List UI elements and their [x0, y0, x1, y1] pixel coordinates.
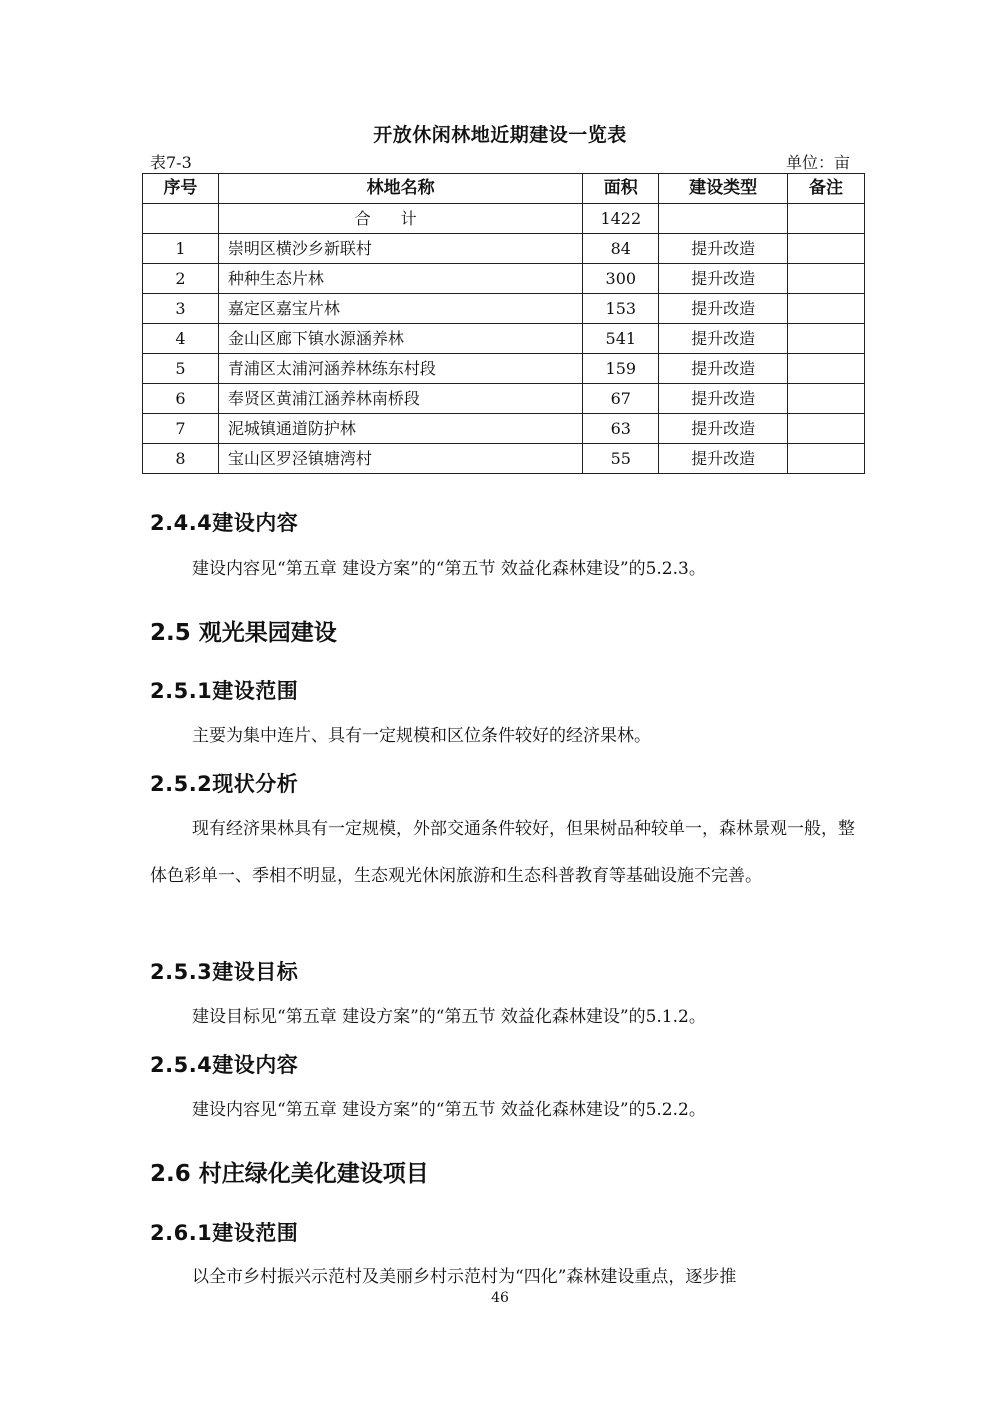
row-name: 宝山区罗泾镇塘湾村 — [218, 444, 582, 474]
total-label: 合计 — [218, 204, 582, 234]
row-type: 提升改造 — [659, 384, 788, 414]
document-page: 开放休闲林地近期建设一览表 表7-3 单位：亩 序号 林地名称 面积 建设类型 … — [0, 0, 1000, 1414]
table-unit-label: 单位：亩 — [786, 150, 850, 173]
row-note — [788, 444, 865, 474]
total-no — [143, 204, 219, 234]
row-area: 153 — [583, 294, 659, 324]
paragraph-2-5-4: 建设内容见“第五章 建设方案”的“第五节 效益化森林建设”的5.2.2。 — [150, 1087, 855, 1134]
paragraph-2-5-2: 现有经济果林具有一定规模，外部交通条件较好，但果树品种较单一，森林景观一般，整体… — [150, 806, 855, 900]
heading-2-5-3: 2.5.3建设目标 — [150, 956, 298, 986]
row-note — [788, 414, 865, 444]
row-type: 提升改造 — [659, 354, 788, 384]
table-row: 5 青浦区太浦河涵养林练东村段 159 提升改造 — [143, 354, 865, 384]
row-note — [788, 384, 865, 414]
table-header-row: 序号 林地名称 面积 建设类型 备注 — [143, 174, 865, 204]
row-name: 泥城镇通道防护林 — [218, 414, 582, 444]
heading-2-5-1: 2.5.1建设范围 — [150, 675, 298, 705]
header-name: 林地名称 — [218, 174, 582, 204]
row-type: 提升改造 — [659, 414, 788, 444]
row-type: 提升改造 — [659, 444, 788, 474]
row-name: 种种生态片林 — [218, 264, 582, 294]
table-row: 4 金山区廊下镇水源涵养林 541 提升改造 — [143, 324, 865, 354]
row-name: 青浦区太浦河涵养林练东村段 — [218, 354, 582, 384]
table-id-label: 表7-3 — [150, 150, 192, 173]
heading-2-6-1: 2.6.1建设范围 — [150, 1217, 298, 1247]
header-no: 序号 — [143, 174, 219, 204]
row-note — [788, 294, 865, 324]
row-note — [788, 234, 865, 264]
table-row: 6 奉贤区黄浦江涵养林南桥段 67 提升改造 — [143, 384, 865, 414]
row-area: 55 — [583, 444, 659, 474]
heading-2-5-4: 2.5.4建设内容 — [150, 1049, 298, 1079]
row-area: 84 — [583, 234, 659, 264]
table-row: 2 种种生态片林 300 提升改造 — [143, 264, 865, 294]
heading-2-4-4: 2.4.4建设内容 — [150, 507, 298, 537]
row-area: 541 — [583, 324, 659, 354]
row-type: 提升改造 — [659, 324, 788, 354]
row-no: 6 — [143, 384, 219, 414]
table-row: 3 嘉定区嘉宝片林 153 提升改造 — [143, 294, 865, 324]
forest-construction-table: 序号 林地名称 面积 建设类型 备注 合计 1422 1 崇明区横沙乡新联村 8… — [142, 173, 865, 474]
heading-2-5-2: 2.5.2现状分析 — [150, 768, 298, 798]
heading-2-5: 2.5 观光果园建设 — [150, 614, 337, 647]
total-type — [659, 204, 788, 234]
page-number: 46 — [0, 1290, 1000, 1306]
header-type: 建设类型 — [659, 174, 788, 204]
row-type: 提升改造 — [659, 234, 788, 264]
table-row: 8 宝山区罗泾镇塘湾村 55 提升改造 — [143, 444, 865, 474]
total-area: 1422 — [583, 204, 659, 234]
row-note — [788, 354, 865, 384]
row-name: 金山区廊下镇水源涵养林 — [218, 324, 582, 354]
row-area: 159 — [583, 354, 659, 384]
total-note — [788, 204, 865, 234]
row-type: 提升改造 — [659, 264, 788, 294]
table-title: 开放休闲林地近期建设一览表 — [0, 120, 1000, 147]
heading-2-6: 2.6 村庄绿化美化建设项目 — [150, 1155, 429, 1188]
paragraph-2-5-3: 建设目标见“第五章 建设方案”的“第五节 效益化森林建设”的5.1.2。 — [150, 994, 855, 1041]
paragraph-2-5-1: 主要为集中连片、具有一定规模和区位条件较好的经济果林。 — [150, 713, 855, 760]
row-no: 7 — [143, 414, 219, 444]
row-type: 提升改造 — [659, 294, 788, 324]
paragraph-2-4-4: 建设内容见“第五章 建设方案”的“第五节 效益化森林建设”的5.2.3。 — [150, 546, 855, 593]
header-note: 备注 — [788, 174, 865, 204]
row-no: 8 — [143, 444, 219, 474]
row-name: 奉贤区黄浦江涵养林南桥段 — [218, 384, 582, 414]
row-name: 崇明区横沙乡新联村 — [218, 234, 582, 264]
header-area: 面积 — [583, 174, 659, 204]
row-area: 63 — [583, 414, 659, 444]
table-row: 1 崇明区横沙乡新联村 84 提升改造 — [143, 234, 865, 264]
row-note — [788, 264, 865, 294]
row-note — [788, 324, 865, 354]
row-name: 嘉定区嘉宝片林 — [218, 294, 582, 324]
table-total-row: 合计 1422 — [143, 204, 865, 234]
table-row: 7 泥城镇通道防护林 63 提升改造 — [143, 414, 865, 444]
row-no: 3 — [143, 294, 219, 324]
row-no: 5 — [143, 354, 219, 384]
row-no: 2 — [143, 264, 219, 294]
row-area: 67 — [583, 384, 659, 414]
row-no: 4 — [143, 324, 219, 354]
row-no: 1 — [143, 234, 219, 264]
row-area: 300 — [583, 264, 659, 294]
